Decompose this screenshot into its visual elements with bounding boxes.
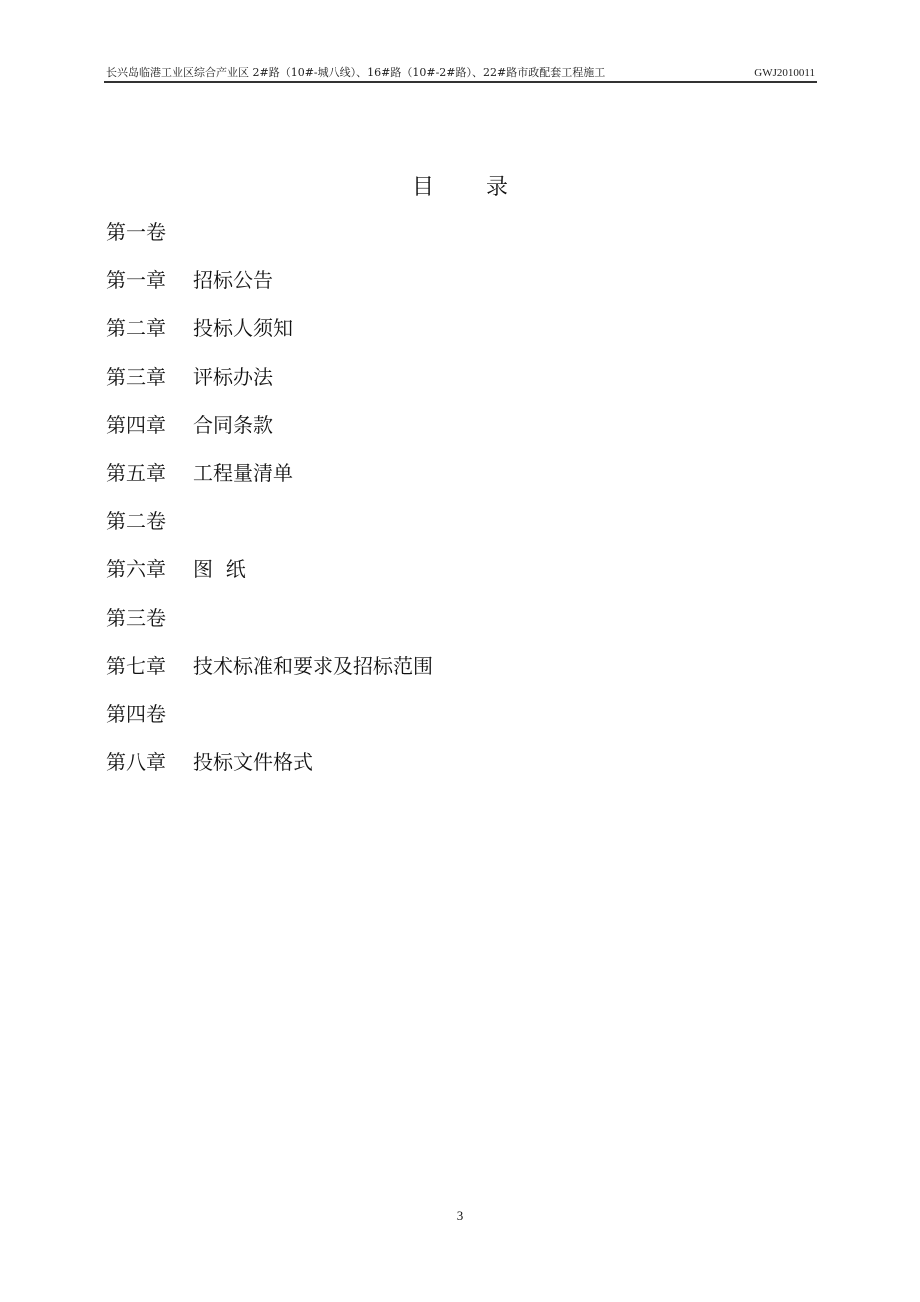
toc-volume-3[interactable]: 第三卷 xyxy=(106,604,433,652)
toc-chapter-1[interactable]: 第一章招标公告 xyxy=(106,266,433,314)
toc-chapter-5[interactable]: 第五章工程量清单 xyxy=(106,459,433,507)
page-header: 长兴岛临港工业区综合产业区 2#路（10#-城八线）、16#路（10#-2#路）… xyxy=(104,64,817,82)
toc-number: 第四卷 xyxy=(106,700,193,728)
document-code: GWJ2010011 xyxy=(754,66,815,80)
page-number: 3 xyxy=(0,1208,920,1224)
toc-label: 招标公告 xyxy=(193,268,273,292)
toc-label: 图 纸 xyxy=(193,557,246,581)
toc-number: 第八章 xyxy=(106,748,193,776)
toc-label: 技术标准和要求及招标范围 xyxy=(193,654,433,678)
toc-number: 第四章 xyxy=(106,411,193,439)
title-char-2: 录 xyxy=(486,170,508,201)
toc-label: 工程量清单 xyxy=(193,461,293,485)
toc-number: 第一章 xyxy=(106,266,193,294)
toc-chapter-2[interactable]: 第二章投标人须知 xyxy=(106,314,433,362)
toc-number: 第六章 xyxy=(106,555,193,583)
project-title: 长兴岛临港工业区综合产业区 2#路（10#-城八线）、16#路（10#-2#路）… xyxy=(106,66,605,80)
toc-number: 第七章 xyxy=(106,652,193,680)
toc-number: 第二卷 xyxy=(106,507,193,535)
toc-volume-1[interactable]: 第一卷 xyxy=(106,218,433,266)
toc-volume-4[interactable]: 第四卷 xyxy=(106,700,433,748)
toc-chapter-6[interactable]: 第六章图 纸 xyxy=(106,555,433,603)
header-divider xyxy=(104,81,817,83)
table-of-contents: 第一卷 第一章招标公告 第二章投标人须知 第三章评标办法 第四章合同条款 第五章… xyxy=(106,218,433,796)
toc-number: 第三卷 xyxy=(106,604,193,632)
toc-label: 评标办法 xyxy=(193,365,273,389)
toc-label: 合同条款 xyxy=(193,413,273,437)
toc-label: 投标人须知 xyxy=(193,316,293,340)
toc-chapter-7[interactable]: 第七章技术标准和要求及招标范围 xyxy=(106,652,433,700)
toc-number: 第一卷 xyxy=(106,218,193,246)
title-char-1: 目 xyxy=(412,170,434,201)
toc-chapter-4[interactable]: 第四章合同条款 xyxy=(106,411,433,459)
toc-label: 投标文件格式 xyxy=(193,750,313,774)
toc-chapter-8[interactable]: 第八章投标文件格式 xyxy=(106,748,433,796)
toc-chapter-3[interactable]: 第三章评标办法 xyxy=(106,363,433,411)
toc-number: 第二章 xyxy=(106,314,193,342)
page-title: 目录 xyxy=(0,170,920,201)
toc-volume-2[interactable]: 第二卷 xyxy=(106,507,433,555)
toc-number: 第五章 xyxy=(106,459,193,487)
toc-number: 第三章 xyxy=(106,363,193,391)
